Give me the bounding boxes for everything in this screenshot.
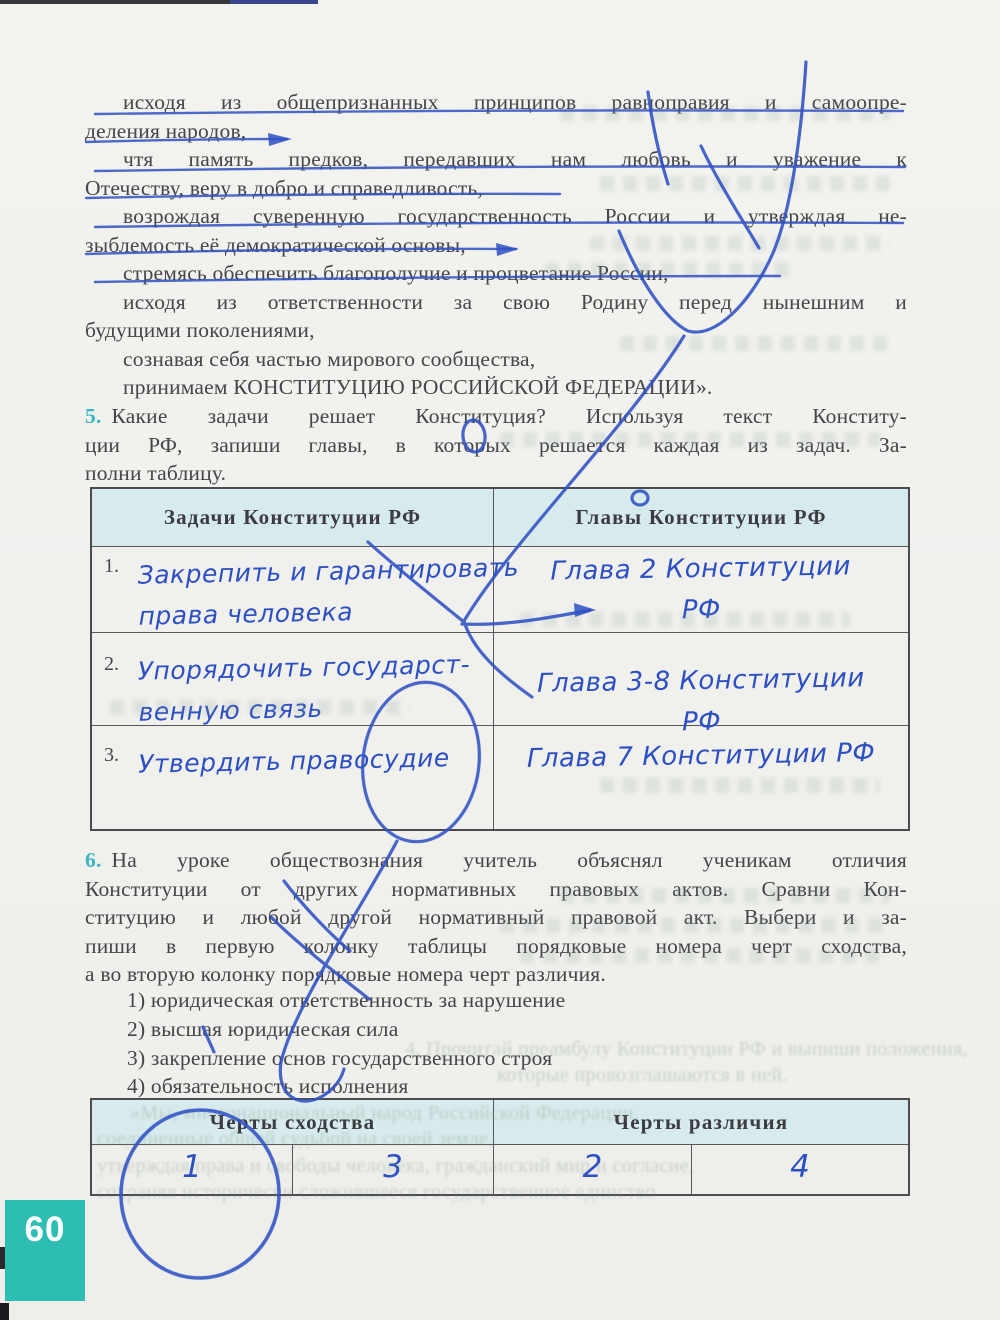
row-number: 3. [104,744,119,767]
task5-line: полни таблицу. [85,459,907,488]
bleed-smudge [620,336,890,351]
preamble-line: возрождая суверенную государственность Р… [85,202,907,231]
page-number: 60 [5,1210,85,1250]
scan-edge-top-blue [230,0,318,4]
bleedthrough-line: соединенные общей судьбой на своей земле… [97,1128,494,1151]
handwritten-answer: Закрепить и гарантировать права человека [137,543,494,636]
bleed-smudge [520,612,850,627]
bleed-smudge [600,176,890,191]
preamble-line: принимаем КОНСТИТУЦИЮ РОССИЙСКОЙ ФЕДЕРАЦ… [85,373,907,402]
handwritten-answer: Утвердить правосудие [137,722,493,784]
preamble-line: чтя память предков, передавших нам любов… [85,145,907,174]
handwritten-answer: Глава 7 Конституции РФ [494,722,909,780]
bleed-smudge [600,778,880,793]
row-number: 2. [104,653,119,676]
handwritten-answer: Упорядочить государст- венную связь [137,629,494,732]
scan-mark-corner [0,1303,9,1320]
option-item: 1) юридическая ответственность за наруше… [127,986,827,1015]
scan-mark-left [0,1247,5,1269]
bleedthrough-line: 4. Прочитай преамбулу Конституции РФ и в… [405,1038,968,1061]
bleed-smudge [590,236,890,251]
task6-line: а во вторую колонку порядковые номера че… [85,960,907,989]
task-cell: 3. Утвердить правосудие [92,726,494,829]
bleedthrough-line: «Мы, многонациональный народ Российской … [130,1102,639,1125]
bleed-smudge [110,700,410,715]
task6-number: 6. [85,848,112,872]
bleedthrough-line: которые провозглашаются в ней. [497,1064,788,1087]
preamble-line: исходя из ответственности за свою Родину… [85,288,907,317]
chapter-cell: Глава 3-8 Конституции РФ [494,633,908,726]
table1-header-tasks: Задачи Конституции РФ [92,489,494,547]
bleed-smudge [500,918,890,933]
bleedthrough-line: сохраняя исторически сложившееся государ… [97,1181,656,1204]
handwritten-value: 4 [692,1145,908,1194]
bleed-smudge [560,888,890,903]
task5-line: 5.Какие задачи решает Конституция? Испол… [85,402,907,431]
page-number-badge: 60 [5,1200,85,1301]
row-number: 1. [104,555,119,578]
bleed-smudge [500,432,880,447]
task-cell: 1. Закрепить и гарантировать права челов… [92,547,494,633]
task5-number: 5. [85,404,112,428]
task6-line: 6.На уроке обществознания учитель объясн… [85,846,907,875]
workbook-page: 4. Прочитай преамбулу Конституции РФ и в… [0,0,1000,1320]
bleed-smudge [545,262,795,277]
table1-header-chapters: Главы Конституции РФ [494,489,908,547]
bleed-smudge [560,106,890,121]
bleedthrough-line: утверждая права и свободы человека, граж… [97,1155,694,1178]
bleed-smudge [520,948,880,963]
